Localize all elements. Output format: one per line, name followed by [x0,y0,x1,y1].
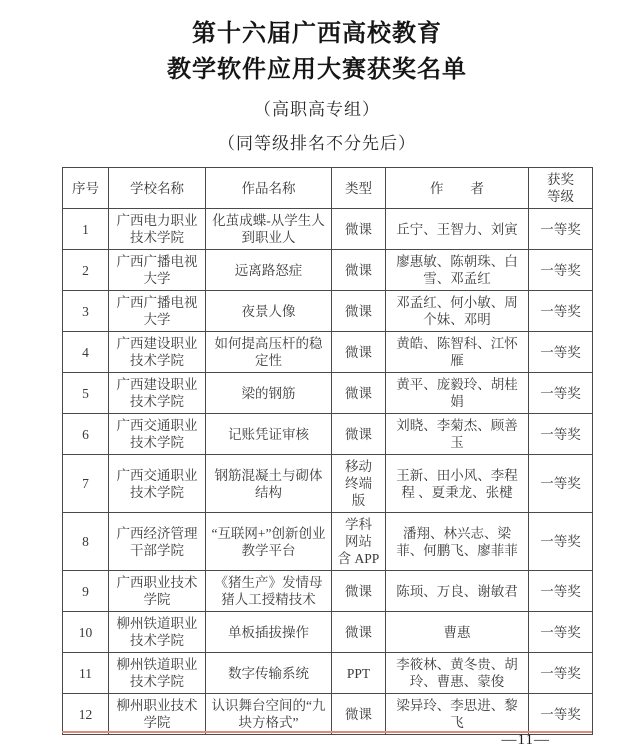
cell-school: 广西广播电视大学 [109,291,206,332]
cell-no: 9 [63,571,109,612]
cell-type: 移动 终端 版 [332,455,386,513]
cell-award: 一等奖 [529,571,593,612]
cell-work: 数字传输系统 [206,653,332,694]
cell-school: 广西电力职业技术学院 [109,209,206,250]
cell-type: 微课 [332,571,386,612]
table-row: 1 广西电力职业技术学院 化茧成蝶-从学生人到职业人 微课 丘宁、王智力、刘寅 … [63,209,593,250]
cell-award: 一等奖 [529,414,593,455]
cell-authors: 曹惠 [386,612,529,653]
subtitle-note: （同等级排名不分先后） [0,132,634,156]
cell-authors: 邓孟红、何小敏、周个妹、邓明 [386,291,529,332]
cell-award: 一等奖 [529,694,593,735]
table-row: 11 柳州铁道职业技术学院 数字传输系统 PPT 李筱林、黄冬贵、胡玲、曹惠、蒙… [63,653,593,694]
cell-work: 钢筋混凝土与砌体结构 [206,455,332,513]
cell-type: 微课 [332,332,386,373]
cell-school: 柳州铁道职业技术学院 [109,653,206,694]
cell-award: 一等奖 [529,455,593,513]
cell-award: 一等奖 [529,332,593,373]
cell-type: 学科 网站 含 APP [332,513,386,571]
table-row: 3 广西广播电视大学 夜景人像 微课 邓孟红、何小敏、周个妹、邓明 一等奖 [63,291,593,332]
header-no: 序号 [63,168,109,209]
cell-work: 认识舞台空间的“九块方格式” [206,694,332,735]
cell-award: 一等奖 [529,250,593,291]
cell-school: 广西建设职业技术学院 [109,332,206,373]
cell-no: 1 [63,209,109,250]
cell-no: 5 [63,373,109,414]
table-row: 2 广西广播电视大学 远离路怒症 微课 廖惠敏、陈朝珠、白雪、邓孟红 一等奖 [63,250,593,291]
table-row: 7 广西交通职业技术学院 钢筋混凝土与砌体结构 移动 终端 版 王新、田小风、李… [63,455,593,513]
cell-no: 10 [63,612,109,653]
header-award: 获奖 等级 [529,168,593,209]
cell-award: 一等奖 [529,612,593,653]
awards-table: 序号 学校名称 作品名称 类型 作 者 获奖 等级 1 广西电力职业技术学院 化… [62,167,593,735]
cell-no: 3 [63,291,109,332]
page-title-line1: 第十六届广西高校教育 [192,21,442,47]
cell-work: 远离路怒症 [206,250,332,291]
cell-school: 广西交通职业技术学院 [109,414,206,455]
cell-no: 11 [63,653,109,694]
cell-no: 4 [63,332,109,373]
cell-school: 广西建设职业技术学院 [109,373,206,414]
subtitle-group: （高职高专组） [0,98,634,122]
cell-authors: 刘晓、李菊杰、顾善玉 [386,414,529,455]
cell-work: 化茧成蝶-从学生人到职业人 [206,209,332,250]
table-row: 6 广西交通职业技术学院 记账凭证审核 微课 刘晓、李菊杰、顾善玉 一等奖 [63,414,593,455]
cell-type: 微课 [332,694,386,735]
header-authors: 作 者 [386,168,529,209]
cell-authors: 黄平、庞毅玲、胡桂娟 [386,373,529,414]
cell-type: 微课 [332,291,386,332]
cell-authors: 王新、田小风、李程程 、夏秉龙、张楗 [386,455,529,513]
cell-type: 微课 [332,612,386,653]
cell-work: 梁的钢筋 [206,373,332,414]
table-row: 4 广西建设职业技术学院 如何提高压杆的稳定性 微课 黄皓、陈智科、江怀雁 一等… [63,332,593,373]
cell-award: 一等奖 [529,653,593,694]
cell-authors: 廖惠敏、陈朝珠、白雪、邓孟红 [386,250,529,291]
page-number: —11— [502,732,550,749]
cell-work: 夜景人像 [206,291,332,332]
cell-type: 微课 [332,250,386,291]
cell-work: 《猪生产》发情母猪人工授精技术 [206,571,332,612]
cell-work: 如何提高压杆的稳定性 [206,332,332,373]
cell-school: 柳州职业技术学院 [109,694,206,735]
cell-award: 一等奖 [529,373,593,414]
table-row: 9 广西职业技术学院 《猪生产》发情母猪人工授精技术 微课 陈顼、万良、谢敏君 … [63,571,593,612]
page-title: 第十六届广西高校教育 教学软件应用大赛获奖名单 [0,16,634,88]
cell-work: 记账凭证审核 [206,414,332,455]
cell-award: 一等奖 [529,209,593,250]
header-school: 学校名称 [109,168,206,209]
cell-no: 7 [63,455,109,513]
table-header-row: 序号 学校名称 作品名称 类型 作 者 获奖 等级 [63,168,593,209]
page-title-line2: 教学软件应用大赛获奖名单 [167,57,467,83]
cell-award: 一等奖 [529,513,593,571]
cell-authors: 梁异玲、李思进、黎飞 [386,694,529,735]
cell-authors: 黄皓、陈智科、江怀雁 [386,332,529,373]
cell-authors: 丘宁、王智力、刘寅 [386,209,529,250]
cell-award: 一等奖 [529,291,593,332]
header-work: 作品名称 [206,168,332,209]
cell-authors: 李筱林、黄冬贵、胡玲、曹惠、蒙俊 [386,653,529,694]
cell-type: PPT [332,653,386,694]
cell-school: 广西广播电视大学 [109,250,206,291]
cell-school: 柳州铁道职业技术学院 [109,612,206,653]
cell-school: 广西交通职业技术学院 [109,455,206,513]
cell-no: 6 [63,414,109,455]
table-row: 10 柳州铁道职业技术学院 单板插拔操作 微课 曹惠 一等奖 [63,612,593,653]
cell-work: “互联网+”创新创业教学平台 [206,513,332,571]
table-row: 5 广西建设职业技术学院 梁的钢筋 微课 黄平、庞毅玲、胡桂娟 一等奖 [63,373,593,414]
cell-no: 2 [63,250,109,291]
cell-work: 单板插拔操作 [206,612,332,653]
document-page: 第十六届广西高校教育 教学软件应用大赛获奖名单 （高职高专组） （同等级排名不分… [0,0,634,735]
cell-no: 12 [63,694,109,735]
table-row: 12 柳州职业技术学院 认识舞台空间的“九块方格式” 微课 梁异玲、李思进、黎飞… [63,694,593,735]
cell-authors: 陈顼、万良、谢敏君 [386,571,529,612]
table-row: 8 广西经济管理干部学院 “互联网+”创新创业教学平台 学科 网站 含 APP … [63,513,593,571]
cell-type: 微课 [332,414,386,455]
cell-no: 8 [63,513,109,571]
cell-authors: 潘翔、林兴志、梁菲、何鹏飞、廖菲菲 [386,513,529,571]
awards-table-wrapper: 序号 学校名称 作品名称 类型 作 者 获奖 等级 1 广西电力职业技术学院 化… [62,167,592,735]
cell-school: 广西职业技术学院 [109,571,206,612]
cell-type: 微课 [332,373,386,414]
cell-school: 广西经济管理干部学院 [109,513,206,571]
cell-type: 微课 [332,209,386,250]
header-type: 类型 [332,168,386,209]
